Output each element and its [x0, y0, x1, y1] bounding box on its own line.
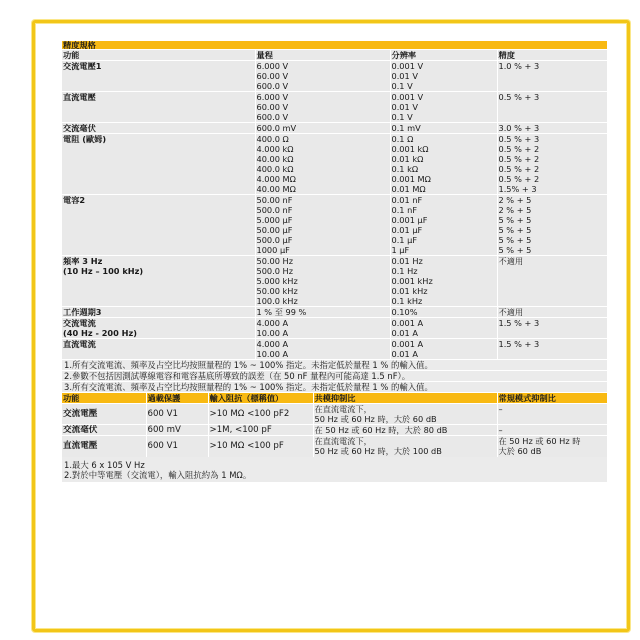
function-cell-line: 工作週期3 — [63, 307, 255, 317]
header-nmrr: 常規模式抑制比 — [497, 393, 607, 404]
resolution-cell-line: 0.01 A — [392, 328, 497, 338]
range-cell-line: 500.0 Hz — [257, 266, 390, 276]
impedance-cell: >10 MΩ <100 pF2 — [208, 404, 313, 425]
resolution-cell-line: 0.001 V — [392, 61, 497, 71]
resolution-cell-line: 0.1 mV — [392, 123, 497, 133]
table-row: 工作週期31 % 至 99 %0.10%不適用 — [62, 307, 607, 318]
accuracy-spec-table: 精度規格 功能 量程 分辨率 精度 交流電壓16.000 V60.00 V600… — [62, 40, 607, 392]
resolution-cell: 0.001 A0.01 A — [390, 318, 497, 339]
resolution-cell: 0.1 Ω0.001 kΩ0.01 kΩ0.1 kΩ0.001 MΩ0.01 M… — [390, 134, 497, 195]
resolution-cell: 0.1 mV — [390, 123, 497, 134]
function-cell: 交流電流(40 Hz - 200 Hz) — [62, 318, 255, 339]
resolution-cell: 0.10% — [390, 307, 497, 318]
range-cell: 50.00 nF500.0 nF5.000 µF50.00 µF500.0 µF… — [255, 195, 390, 256]
resolution-cell-line: 0.01 Hz — [392, 256, 497, 266]
accuracy-cell-line: 1.5% + 3 — [499, 184, 608, 194]
resolution-cell-line: 0.01 V — [392, 102, 497, 112]
range-cell-line: 6.000 V — [257, 92, 390, 102]
range-cell: 400.0 Ω4.000 kΩ40.00 kΩ400.0 kΩ4.000 MΩ4… — [255, 134, 390, 195]
function-cell-line: 交流電壓1 — [63, 61, 255, 71]
resolution-cell: 0.01 nF0.1 nF0.001 µF0.01 µF0.1 µF1 µF — [390, 195, 497, 256]
accuracy-cell: 不適用 — [497, 256, 607, 307]
range-cell-line: 1000 µF — [257, 245, 390, 255]
range-cell: 6.000 V60.00 V600.0 V — [255, 92, 390, 123]
resolution-cell: 0.001 A0.01 A — [390, 339, 497, 360]
function-cell-line: 交流毫伏 — [63, 123, 255, 133]
function-cell: 直流電壓 — [62, 436, 146, 457]
range-cell-line: 1 % 至 99 % — [257, 307, 390, 317]
range-cell-line: 10.00 A — [257, 349, 390, 359]
function-cell: 交流毫伏 — [62, 425, 146, 436]
range-cell-line: 50.00 Hz — [257, 256, 390, 266]
function-cell-line: 頻率 3 Hz — [63, 256, 255, 266]
table-row: 直流電流4.000 A10.00 A0.001 A0.01 A1.5 % + 3 — [62, 339, 607, 360]
function-cell-line: (40 Hz - 200 Hz) — [63, 328, 255, 338]
range-cell-line: 400.0 Ω — [257, 134, 390, 144]
resolution-cell-line: 0.001 MΩ — [392, 174, 497, 184]
nmrr-cell-line: 在 50 Hz 或 60 Hz 時 — [499, 436, 607, 446]
cmrr-cell: 在直流電流下，50 Hz 或 60 Hz 時，大於 60 dB — [313, 404, 497, 425]
accuracy-cell-line: 5 % + 5 — [499, 245, 608, 255]
table-row: 交流電壓16.000 V60.00 V600.0 V0.001 V0.01 V0… — [62, 61, 607, 92]
function-cell: 電容2 — [62, 195, 255, 256]
accuracy-cell-line: 0.5 % + 2 — [499, 144, 608, 154]
cmrr-cell-line: 50 Hz 或 60 Hz 時，大於 60 dB — [315, 414, 497, 424]
resolution-cell-line: 0.01 µF — [392, 225, 497, 235]
function-cell-line: 電阻 (歐姆) — [63, 134, 255, 144]
resolution-cell-line: 0.001 A — [392, 318, 497, 328]
range-cell: 4.000 A10.00 A — [255, 318, 390, 339]
resolution-cell-line: 0.01 kHz — [392, 286, 497, 296]
range-cell-line: 4.000 MΩ — [257, 174, 390, 184]
footnote-2: 2.對於中等電壓（交流電），輸入阻抗約為 1 MΩ。 — [64, 470, 605, 480]
table-title-row: 精度規格 — [62, 41, 607, 50]
resolution-cell-line: 0.10% — [392, 307, 497, 317]
note-2: 2.參數不包括因測試導線電容和電容基底所導致的誤差（在 50 nF 量程內可能高… — [62, 371, 607, 382]
accuracy-cell: 1.0 % + 3 — [497, 61, 607, 92]
resolution-cell-line: 0.001 kΩ — [392, 144, 497, 154]
nmrr-cell-line: – — [499, 404, 607, 414]
table-row: 電阻 (歐姆)400.0 Ω4.000 kΩ40.00 kΩ400.0 kΩ4.… — [62, 134, 607, 195]
table-row: 交流電流(40 Hz - 200 Hz)4.000 A10.00 A0.001 … — [62, 318, 607, 339]
range-cell: 6.000 V60.00 V600.0 V — [255, 61, 390, 92]
header-accuracy: 精度 — [497, 50, 607, 61]
function-cell: 交流電壓1 — [62, 61, 255, 92]
resolution-cell-line: 0.01 kΩ — [392, 154, 497, 164]
accuracy-cell: 0.5 % + 3 — [497, 92, 607, 123]
resolution-cell: 0.01 Hz0.1 Hz0.001 kHz0.01 kHz0.1 kHz — [390, 256, 497, 307]
resolution-cell-line: 0.1 kΩ — [392, 164, 497, 174]
resolution-cell-line: 0.1 kHz — [392, 296, 497, 306]
input-footnotes: 1.最大 6 x 105 V Hz 2.對於中等電壓（交流電），輸入阻抗約為 1… — [62, 457, 607, 482]
input-header-row: 功能 過載保護 輸入阻抗（標稱值） 共模抑制比 常規模式抑制比 — [62, 393, 607, 404]
accuracy-cell: 2 % + 52 % + 55 % + 55 % + 55 % + 55 % +… — [497, 195, 607, 256]
resolution-cell-line: 0.001 µF — [392, 215, 497, 225]
resolution-cell: 0.001 V0.01 V0.1 V — [390, 92, 497, 123]
input-table-body: 交流電壓600 V1>10 MΩ <100 pF2在直流電流下，50 Hz 或 … — [62, 404, 607, 457]
resolution-cell-line: 0.001 A — [392, 339, 497, 349]
header-cmrr: 共模抑制比 — [313, 393, 497, 404]
range-cell: 4.000 A10.00 A — [255, 339, 390, 360]
table-title: 精度規格 — [62, 41, 607, 50]
range-cell-line: 4.000 A — [257, 318, 390, 328]
range-cell-line: 4.000 kΩ — [257, 144, 390, 154]
nmrr-cell-line: – — [499, 425, 607, 435]
range-cell-line: 60.00 V — [257, 71, 390, 81]
table-row: 交流毫伏600.0 mV0.1 mV3.0 % + 3 — [62, 123, 607, 134]
resolution-cell-line: 0.1 Hz — [392, 266, 497, 276]
header-overload: 過載保護 — [146, 393, 208, 404]
spec-document: 精度規格 功能 量程 分辨率 精度 交流電壓16.000 V60.00 V600… — [62, 40, 607, 482]
range-cell-line: 500.0 µF — [257, 235, 390, 245]
accuracy-cell-line: 3.0 % + 3 — [499, 123, 608, 133]
function-cell: 直流電流 — [62, 339, 255, 360]
table-row: 頻率 3 Hz(10 Hz – 100 kHz)50.00 Hz500.0 Hz… — [62, 256, 607, 307]
range-cell: 1 % 至 99 % — [255, 307, 390, 318]
range-cell: 600.0 mV — [255, 123, 390, 134]
accuracy-cell-line: 0.5 % + 2 — [499, 164, 608, 174]
accuracy-cell: 1.5 % + 3 — [497, 318, 607, 339]
resolution-cell-line: 0.01 MΩ — [392, 184, 497, 194]
range-cell-line: 500.0 nF — [257, 205, 390, 215]
range-cell-line: 5.000 µF — [257, 215, 390, 225]
nmrr-cell: – — [497, 425, 607, 436]
note-3: 3.所有交流電流、頻率及占空比均按照量程的 1% ~ 100% 指定。未指定低於… — [62, 382, 607, 393]
table-row: 交流電壓600 V1>10 MΩ <100 pF2在直流電流下，50 Hz 或 … — [62, 404, 607, 425]
spec-notes: 1.所有交流電流、頻率及占空比均按照量程的 1% ~ 100% 指定。未指定低於… — [62, 360, 607, 393]
cmrr-cell-line: 在 50 Hz 或 60 Hz 時，大於 80 dB — [315, 425, 497, 435]
accuracy-cell-line: 2 % + 5 — [499, 205, 608, 215]
table-row: 直流電壓6.000 V60.00 V600.0 V0.001 V0.01 V0.… — [62, 92, 607, 123]
function-cell: 電阻 (歐姆) — [62, 134, 255, 195]
cmrr-cell: 在直流電流下，50 Hz 或 60 Hz 時，大於 100 dB — [313, 436, 497, 457]
accuracy-cell-line: 不適用 — [499, 307, 608, 317]
resolution-cell-line: 0.1 Ω — [392, 134, 497, 144]
range-cell-line: 100.0 kHz — [257, 296, 390, 306]
range-cell-line: 10.00 A — [257, 328, 390, 338]
cmrr-cell-line: 在直流電流下， — [315, 436, 497, 446]
function-cell-line: (10 Hz – 100 kHz) — [63, 266, 255, 276]
accuracy-cell-line: 1.5 % + 3 — [499, 318, 608, 328]
overload-cell: 600 V1 — [146, 436, 208, 457]
resolution-cell-line: 0.001 V — [392, 92, 497, 102]
resolution-cell: 0.001 V0.01 V0.1 V — [390, 61, 497, 92]
range-cell-line: 40.00 kΩ — [257, 154, 390, 164]
range-cell-line: 600.0 mV — [257, 123, 390, 133]
range-cell-line: 50.00 kHz — [257, 286, 390, 296]
range-cell-line: 50.00 µF — [257, 225, 390, 235]
accuracy-cell-line: 不適用 — [499, 256, 608, 266]
nmrr-cell: – — [497, 404, 607, 425]
range-cell-line: 5.000 kHz — [257, 276, 390, 286]
cmrr-cell-line: 50 Hz 或 60 Hz 時，大於 100 dB — [315, 446, 497, 456]
impedance-cell: >1M, <100 pF — [208, 425, 313, 436]
table-row: 交流毫伏600 mV>1M, <100 pF在 50 Hz 或 60 Hz 時，… — [62, 425, 607, 436]
header-function: 功能 — [62, 50, 255, 61]
input-characteristics-table: 功能 過載保護 輸入阻抗（標稱值） 共模抑制比 常規模式抑制比 交流電壓600 … — [62, 392, 608, 457]
resolution-cell-line: 0.01 V — [392, 71, 497, 81]
function-cell-line: 交流電流 — [63, 318, 255, 328]
spec-table-body: 交流電壓16.000 V60.00 V600.0 V0.001 V0.01 V0… — [62, 61, 607, 360]
header-range: 量程 — [255, 50, 390, 61]
impedance-cell: >10 MΩ <100 pF — [208, 436, 313, 457]
header-impedance: 輸入阻抗（標稱值） — [208, 393, 313, 404]
table-row: 直流電壓600 V1>10 MΩ <100 pF在直流電流下，50 Hz 或 6… — [62, 436, 607, 457]
function-cell: 頻率 3 Hz(10 Hz – 100 kHz) — [62, 256, 255, 307]
resolution-cell-line: 0.01 A — [392, 349, 497, 359]
function-cell: 交流毫伏 — [62, 123, 255, 134]
accuracy-cell: 0.5 % + 30.5 % + 20.5 % + 20.5 % + 20.5 … — [497, 134, 607, 195]
accuracy-cell: 3.0 % + 3 — [497, 123, 607, 134]
function-cell-line: 電容2 — [63, 195, 255, 205]
range-cell-line: 6.000 V — [257, 61, 390, 71]
nmrr-cell-line: 大於 60 dB — [499, 446, 607, 456]
function-cell-line: 直流電壓 — [63, 92, 255, 102]
resolution-cell-line: 0.1 V — [392, 112, 497, 122]
accuracy-cell-line: 0.5 % + 3 — [499, 134, 608, 144]
accuracy-cell-line: 5 % + 5 — [499, 235, 608, 245]
accuracy-cell-line: 0.5 % + 3 — [499, 92, 608, 102]
range-cell-line: 600.0 V — [257, 112, 390, 122]
accuracy-cell-line: 1.0 % + 3 — [499, 61, 608, 71]
range-cell-line: 400.0 kΩ — [257, 164, 390, 174]
resolution-cell-line: 0.01 nF — [392, 195, 497, 205]
accuracy-cell-line: 5 % + 5 — [499, 225, 608, 235]
function-cell: 直流電壓 — [62, 92, 255, 123]
range-cell-line: 40.00 MΩ — [257, 184, 390, 194]
nmrr-cell: 在 50 Hz 或 60 Hz 時大於 60 dB — [497, 436, 607, 457]
function-cell: 交流電壓 — [62, 404, 146, 425]
note-1: 1.所有交流電流、頻率及占空比均按照量程的 1% ~ 100% 指定。未指定低於… — [62, 360, 607, 371]
table-row: 電容250.00 nF500.0 nF5.000 µF50.00 µF500.0… — [62, 195, 607, 256]
accuracy-cell-line: 0.5 % + 2 — [499, 154, 608, 164]
range-cell-line: 600.0 V — [257, 81, 390, 91]
cmrr-cell-line: 在直流電流下， — [315, 404, 497, 414]
footnote-1: 1.最大 6 x 105 V Hz — [64, 460, 605, 470]
accuracy-cell: 1.5 % + 3 — [497, 339, 607, 360]
table-header-row: 功能 量程 分辨率 精度 — [62, 50, 607, 61]
resolution-cell-line: 0.001 kHz — [392, 276, 497, 286]
accuracy-cell: 不適用 — [497, 307, 607, 318]
resolution-cell-line: 0.1 V — [392, 81, 497, 91]
function-cell: 工作週期3 — [62, 307, 255, 318]
accuracy-cell-line: 5 % + 5 — [499, 215, 608, 225]
overload-cell: 600 V1 — [146, 404, 208, 425]
header-resolution: 分辨率 — [390, 50, 497, 61]
function-cell-line: 直流電流 — [63, 339, 255, 349]
accuracy-cell-line: 2 % + 5 — [499, 195, 608, 205]
cmrr-cell: 在 50 Hz 或 60 Hz 時，大於 80 dB — [313, 425, 497, 436]
resolution-cell-line: 0.1 µF — [392, 235, 497, 245]
resolution-cell-line: 0.1 nF — [392, 205, 497, 215]
accuracy-cell-line: 1.5 % + 3 — [499, 339, 608, 349]
overload-cell: 600 mV — [146, 425, 208, 436]
accuracy-cell-line: 0.5 % + 2 — [499, 174, 608, 184]
range-cell-line: 4.000 A — [257, 339, 390, 349]
header-function: 功能 — [62, 393, 146, 404]
range-cell: 50.00 Hz500.0 Hz5.000 kHz50.00 kHz100.0 … — [255, 256, 390, 307]
range-cell-line: 60.00 V — [257, 102, 390, 112]
resolution-cell-line: 1 µF — [392, 245, 497, 255]
range-cell-line: 50.00 nF — [257, 195, 390, 205]
